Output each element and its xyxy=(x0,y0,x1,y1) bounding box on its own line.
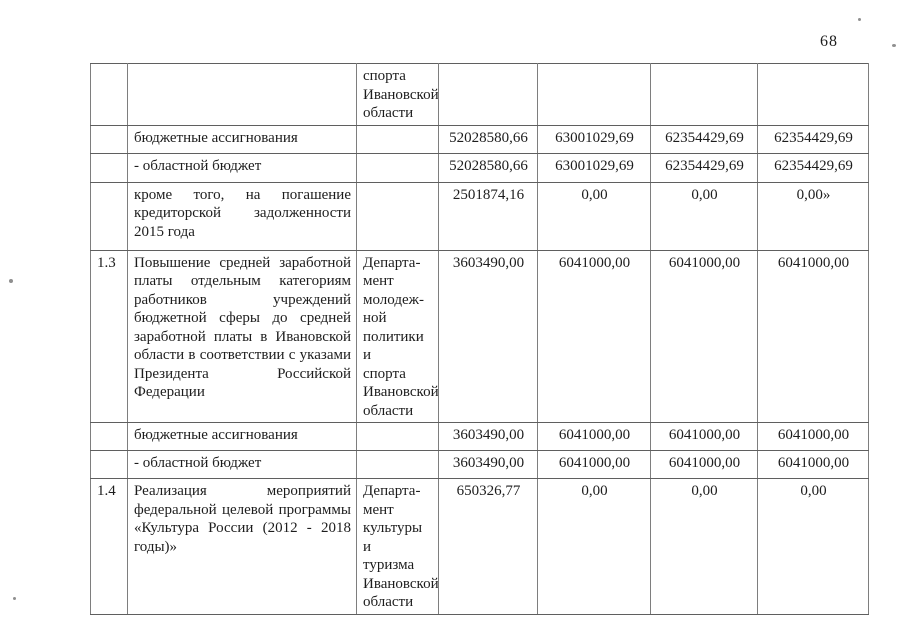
amount-cell: 52028580,66 xyxy=(439,125,538,153)
amount-cell: 0,00 xyxy=(538,182,651,250)
amount-cell xyxy=(538,64,651,126)
amount-cell: 6041000,00 xyxy=(758,423,869,451)
amount-cell: 63001029,69 xyxy=(538,153,651,182)
table-row: спорта Ивановской области xyxy=(91,64,869,126)
table-row: бюджетные ассигнования 52028580,66 63001… xyxy=(91,125,869,153)
department-cell xyxy=(357,125,439,153)
table-row: - областной бюджет 3603490,00 6041000,00… xyxy=(91,451,869,479)
activity-name-cell: - областной бюджет xyxy=(128,153,357,182)
department-cell: спорта Ивановской области xyxy=(357,64,439,126)
amount-cell: 6041000,00 xyxy=(651,423,758,451)
row-number-cell xyxy=(91,125,128,153)
table-row: 1.4 Реализация мероприятий федеральной ц… xyxy=(91,479,869,615)
scan-speck xyxy=(892,44,896,47)
department-cell xyxy=(357,182,439,250)
amount-cell: 52028580,66 xyxy=(439,153,538,182)
amount-cell: 62354429,69 xyxy=(651,125,758,153)
amount-cell xyxy=(651,64,758,126)
row-number-cell xyxy=(91,423,128,451)
amount-cell: 6041000,00 xyxy=(538,451,651,479)
amount-cell: 6041000,00 xyxy=(651,250,758,423)
amount-cell: 3603490,00 xyxy=(439,250,538,423)
row-number-cell: 1.3 xyxy=(91,250,128,423)
amount-cell xyxy=(439,64,538,126)
department-cell: Департа- мент молодеж- ной политики и сп… xyxy=(357,250,439,423)
row-number-cell xyxy=(91,182,128,250)
amount-cell: 2501874,16 xyxy=(439,182,538,250)
row-number-cell xyxy=(91,451,128,479)
row-number-cell: 1.4 xyxy=(91,479,128,615)
table-row: - областной бюджет 52028580,66 63001029,… xyxy=(91,153,869,182)
amount-cell: 6041000,00 xyxy=(758,250,869,423)
table-row: бюджетные ассигнования 3603490,00 604100… xyxy=(91,423,869,451)
page-number: 68 xyxy=(820,33,838,51)
amount-cell: 6041000,00 xyxy=(538,250,651,423)
amount-cell: 3603490,00 xyxy=(439,423,538,451)
amount-cell: 62354429,69 xyxy=(651,153,758,182)
amount-cell: 650326,77 xyxy=(439,479,538,615)
amount-cell xyxy=(758,64,869,126)
table-row: 1.3 Повышение средней заработной платы о… xyxy=(91,250,869,423)
department-cell xyxy=(357,153,439,182)
scan-speck xyxy=(858,18,861,21)
amount-cell: 0,00 xyxy=(758,479,869,615)
activity-name-cell: - областной бюджет xyxy=(128,451,357,479)
amount-cell: 62354429,69 xyxy=(758,125,869,153)
department-cell xyxy=(357,423,439,451)
amount-cell: 0,00 xyxy=(651,479,758,615)
table-row: кроме того, на погашение кредиторской за… xyxy=(91,182,869,250)
scan-speck xyxy=(13,597,16,600)
scanned-document-page: 68 спорта Ивановской области бюджетные а… xyxy=(0,0,905,640)
amount-cell: 6041000,00 xyxy=(651,451,758,479)
amount-cell: 6041000,00 xyxy=(758,451,869,479)
amount-cell: 3603490,00 xyxy=(439,451,538,479)
row-number-cell xyxy=(91,153,128,182)
department-cell: Департа- мент культуры и туризма Ивановс… xyxy=(357,479,439,615)
activity-name-cell: кроме того, на погашение кредиторской за… xyxy=(128,182,357,250)
row-number-cell xyxy=(91,64,128,126)
amount-cell: 6041000,00 xyxy=(538,423,651,451)
activity-name-cell: бюджетные ассигнования xyxy=(128,423,357,451)
scan-speck xyxy=(9,279,13,283)
amount-cell: 0,00 xyxy=(538,479,651,615)
amount-cell: 0,00 xyxy=(651,182,758,250)
amount-cell: 63001029,69 xyxy=(538,125,651,153)
activity-name-cell: бюджетные ассигнования xyxy=(128,125,357,153)
activity-name-cell: Реализация мероприятий федеральной целев… xyxy=(128,479,357,615)
activity-name-cell xyxy=(128,64,357,126)
department-cell xyxy=(357,451,439,479)
amount-cell: 62354429,69 xyxy=(758,153,869,182)
activity-name-cell: Повышение средней заработной платы отдел… xyxy=(128,250,357,423)
amount-cell: 0,00» xyxy=(758,182,869,250)
budget-table: спорта Ивановской области бюджетные асси… xyxy=(90,63,869,615)
